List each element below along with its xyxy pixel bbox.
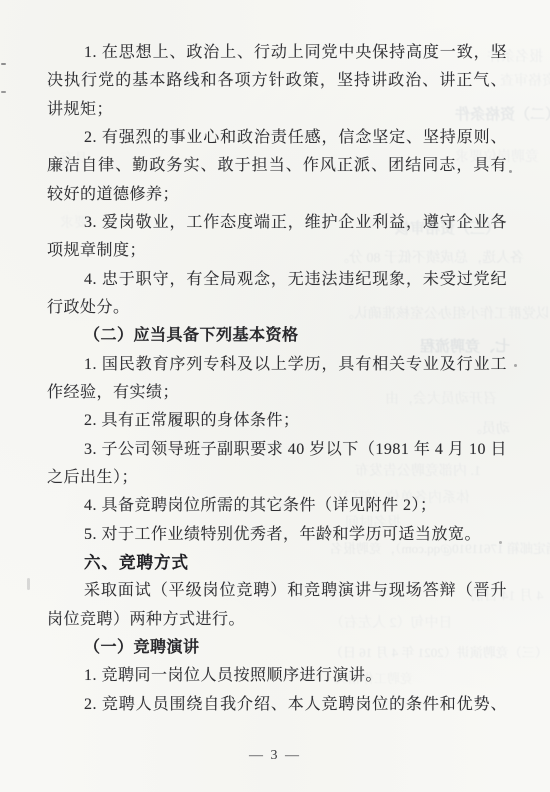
text-line: 讲规矩； bbox=[47, 96, 507, 124]
scan-speck bbox=[1, 63, 6, 65]
scan-speck bbox=[27, 578, 30, 590]
text-line: 廉洁自律、勤政务实、敢于担当、作风正派、团结同志，具有 bbox=[47, 152, 507, 180]
text-line: 行政处分。 bbox=[47, 294, 507, 322]
text-line: 1. 在思想上、政治上、行动上同党中央保持高度一致，坚 bbox=[47, 39, 507, 67]
text-line: 1. 国民教育序列专科及以上学历，具有相关专业及行业工 bbox=[47, 351, 507, 379]
document-body: 1. 在思想上、政治上、行动上同党中央保持高度一致，坚决执行党的基本路线和各项方… bbox=[47, 39, 507, 719]
text-line: 作经验，有实绩； bbox=[47, 379, 507, 407]
text-line: 3. 爱岗敬业，工作态度端正，维护企业利益，遵守企业各 bbox=[47, 209, 507, 237]
text-line: 决执行党的基本路线和各项方针政策，坚持讲政治、讲正气、 bbox=[47, 67, 507, 95]
scan-speck bbox=[514, 364, 517, 367]
scanned-document-page: 报名条件资格审查（二）资格条件竞聘岗位要求（三）资格审核各人选，总成绩不低于 8… bbox=[0, 0, 550, 792]
text-line: 岗位竞聘）两种方式进行。 bbox=[47, 606, 507, 634]
text-line: 六、竞聘方式 bbox=[47, 549, 507, 577]
text-line: 之后出生）； bbox=[47, 464, 507, 492]
text-line: 4. 具备竞聘岗位所需的其它条件（详见附件 2）； bbox=[47, 492, 507, 520]
scan-speck bbox=[509, 170, 512, 173]
text-line: 较好的道德修养； bbox=[47, 181, 507, 209]
page-number: — 3 — bbox=[0, 748, 550, 764]
bleedthrough-text: 资格审查 bbox=[500, 70, 550, 90]
text-line: 1. 竞聘同一岗位人员按照顺序进行演讲。 bbox=[47, 662, 507, 690]
text-line: （二）应当具备下列基本资格 bbox=[47, 322, 507, 350]
text-line: 2. 有强烈的事业心和政治责任感，信念坚定、坚持原则、 bbox=[47, 124, 507, 152]
text-line: 5. 对于工作业绩特别优秀者，年龄和学历可适当放宽。 bbox=[47, 521, 507, 549]
text-line: 项规章制度； bbox=[47, 237, 507, 265]
text-line: 采取面试（平级岗位竞聘）和竞聘演讲与现场答辩（晋升 bbox=[47, 577, 507, 605]
text-line: 2. 具有正常履职的身体条件； bbox=[47, 407, 507, 435]
scan-speck bbox=[1, 91, 6, 93]
text-line: （一）竞聘演讲 bbox=[47, 634, 507, 662]
text-line: 2. 竞聘人员围绕自我介绍、本人竞聘岗位的条件和优势、 bbox=[47, 691, 507, 719]
text-line: 3. 子公司领导班子副职要求 40 岁以下（1981 年 4 月 10 日 bbox=[47, 436, 507, 464]
scan-speck bbox=[499, 541, 502, 544]
text-line: 4. 忠于职守，有全局观念，无违法违纪现象，未受过党纪 bbox=[47, 266, 507, 294]
